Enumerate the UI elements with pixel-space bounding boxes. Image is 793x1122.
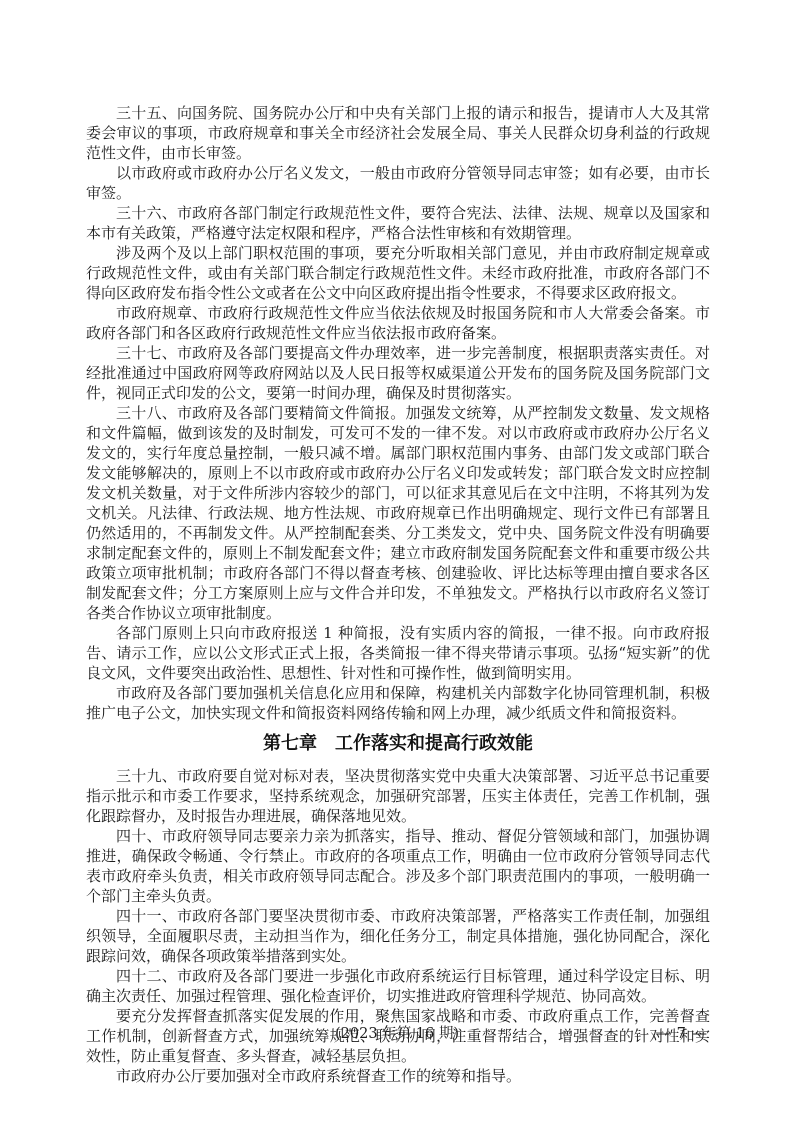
paragraph-41: 四十一、市政府各部门要坚决贯彻市委、市政府决策部署，严格落实工作责任制，加强组织… [86,906,710,966]
paragraph-38-informatization-rule: 市政府及各部门要加强机关信息化应用和保障，构建机关内部数字化协同管理机制，积极推… [86,683,710,723]
paragraph-36: 三十六、市政府各部门制定行政规范性文件，要符合宪法、法律、法规、规章以及国家和本… [86,203,710,243]
document-page: 三十五、向国务院、国务院办公厅和中央有关部门上报的请示和报告，提请市人大及其常委… [0,0,793,1122]
paragraph-35-signing-rule: 以市政府或市政府办公厅名义发文，一般由市政府分管领导同志审签；如有必要，由市长审… [86,163,710,203]
footer-page-number: — 7 — [656,1024,708,1044]
paragraph-36-multi-department-rule: 涉及两个及以上部门职权范围的事项，要充分听取相关部门意见，并由市政府制定规章或行… [86,243,710,303]
paragraph-36-filing-rule: 市政府规章、市政府行政规范性文件应当依法依规及时报国务院和市人大常委会备案。市政… [86,303,710,343]
page-footer: (2023 年第 16 期) — 7 — [86,1024,708,1044]
paragraph-42-coordination-rule: 市政府办公厅要加强对全市政府系统督查工作的统筹和指导。 [86,1066,710,1086]
paragraph-39: 三十九、市政府要自觉对标对表，坚决贯彻落实党中央重大决策部署、习近平总书记重要指… [86,766,710,826]
chapter-heading: 第七章 工作落实和提高行政效能 [86,732,710,756]
paragraph-40: 四十、市政府领导同志要亲力亲为抓落实，指导、推动、督促分管领域和部门，加强协调推… [86,826,710,906]
paragraph-42: 四十二、市政府及各部门要进一步强化市政府系统运行目标管理，通过科学设定目标、明确… [86,966,710,1006]
paragraph-38-briefing-rule: 各部门原则上只向市政府报送 1 种简报，没有实质内容的简报，一律不报。向市政府报… [86,623,710,683]
paragraph-37: 三十七、市政府及各部门要提高文件办理效率，进一步完善制度，根据职责落实责任。对经… [86,343,710,403]
paragraph-35: 三十五、向国务院、国务院办公厅和中央有关部门上报的请示和报告，提请市人大及其常委… [86,103,710,163]
document-body: 三十五、向国务院、国务院办公厅和中央有关部门上报的请示和报告，提请市人大及其常委… [86,103,710,1086]
paragraph-38: 三十八、市政府及各部门要精简文件简报。加强发文统筹，从严控制发文数量、发文规格和… [86,403,710,623]
footer-issue-label: (2023 年第 16 期) [86,1024,708,1044]
